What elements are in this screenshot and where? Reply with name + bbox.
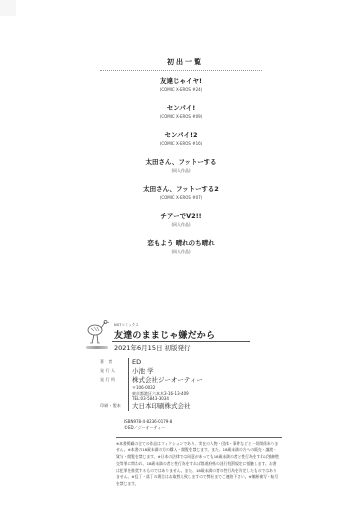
legal-notice: ※本書掲載の全ての作品はフィクションであり、実在の人物・団体・事件などと一切関係… (116, 441, 280, 489)
credit-divider (128, 367, 129, 376)
work-title: 恋もよう 晴れのち晴れ (100, 239, 262, 248)
work-title: センパイ!2 (100, 131, 262, 140)
copyright: ©ED／ジーオーティー (124, 425, 276, 431)
ostrich-mascot-icon (86, 320, 110, 346)
credit-label: 発行人 (100, 367, 126, 375)
book-header: NGTコミックス 友達のままじゃ嫌だから 2021年6月15日 初版発行 (86, 320, 276, 350)
toc-item: 太田さん、フットーする2 (COMIC X-EROS #07) (100, 185, 262, 201)
credit-row-publisher: 発行所 株式会社ジーオーティー 〒106-0032 東京都港区六本木3-16-1… (124, 376, 276, 402)
toc-item: 太田さん、フットーする (同人作品) (100, 158, 262, 174)
credit-label: 印刷・製本 (100, 402, 126, 410)
dotted-divider (100, 70, 262, 71)
colophon: NGTコミックス 友達のままじゃ嫌だから 2021年6月15日 初版発行 著 者… (86, 320, 276, 488)
notice-divider (116, 437, 282, 438)
toc-item: センパイ!2 (COMIC X-EROS #16) (100, 131, 262, 147)
credit-label: 発行所 (100, 376, 126, 384)
credits-table: 著 者 ED 発行人 小池 学 発行所 株式会社ジーオーティー 〒106-003… (124, 358, 276, 411)
work-title: 太田さん、フットーする (100, 158, 262, 167)
page-corner-shade (0, 0, 16, 16)
toc-item: チアーでV2!! (同人作品) (100, 212, 262, 228)
toc-item: 恋もよう 晴れのち晴れ (同人作品) (100, 239, 262, 255)
book-title: 友達のままじゃ嫌だから (114, 328, 215, 341)
work-source: (同人作品) (100, 249, 262, 255)
work-title: センパイ! (100, 104, 262, 113)
toc-list: 友達じゃイヤ! (COMIC X-EROS #24) センパイ! (COMIC … (100, 77, 262, 255)
work-source: (COMIC X-EROS #24) (100, 87, 262, 93)
publisher-address: 〒106-0032 東京都港区六本木3-16-13-409 TEL:03-584… (132, 385, 203, 402)
first-appearance-list: 初出一覧 友達じゃイヤ! (COMIC X-EROS #24) センパイ! (C… (100, 58, 262, 266)
credit-value: 大日本印刷株式会社 (132, 402, 191, 411)
work-source: (同人作品) (100, 222, 262, 228)
work-title: 友達じゃイヤ! (100, 77, 262, 86)
credit-row-printer: 印刷・製本 大日本印刷株式会社 (124, 402, 276, 411)
work-source: (COMIC X-EROS #07) (100, 195, 262, 201)
credit-value: 小池 学 (132, 367, 154, 376)
work-source: (同人作品) (100, 168, 262, 174)
publication-date: 2021年6月15日 初版発行 (114, 343, 191, 352)
toc-item: 友達じゃイヤ! (COMIC X-EROS #24) (100, 77, 262, 93)
isbn-block: ISBN978-4-8236-0179-8 ©ED／ジーオーティー (124, 419, 276, 431)
title-underline (112, 341, 250, 342)
toc-title: 初出一覧 (108, 58, 262, 67)
credit-value: ED (132, 358, 141, 367)
toc-item: センパイ! (COMIC X-EROS #09) (100, 104, 262, 120)
credit-divider (128, 358, 129, 367)
credit-divider (128, 402, 129, 411)
swoosh-decoration (86, 346, 108, 349)
credit-divider (128, 376, 129, 402)
work-title: 太田さん、フットーする2 (100, 185, 262, 194)
credit-label: 著 者 (100, 358, 126, 366)
credit-value: 株式会社ジーオーティー (132, 376, 203, 385)
work-source: (COMIC X-EROS #16) (100, 141, 262, 147)
publisher-block: 株式会社ジーオーティー 〒106-0032 東京都港区六本木3-16-13-40… (132, 376, 203, 402)
credit-row-publisher-person: 発行人 小池 学 (124, 367, 276, 376)
work-title: チアーでV2!! (100, 212, 262, 221)
credit-row-author: 著 者 ED (124, 358, 276, 367)
work-source: (COMIC X-EROS #09) (100, 114, 262, 120)
